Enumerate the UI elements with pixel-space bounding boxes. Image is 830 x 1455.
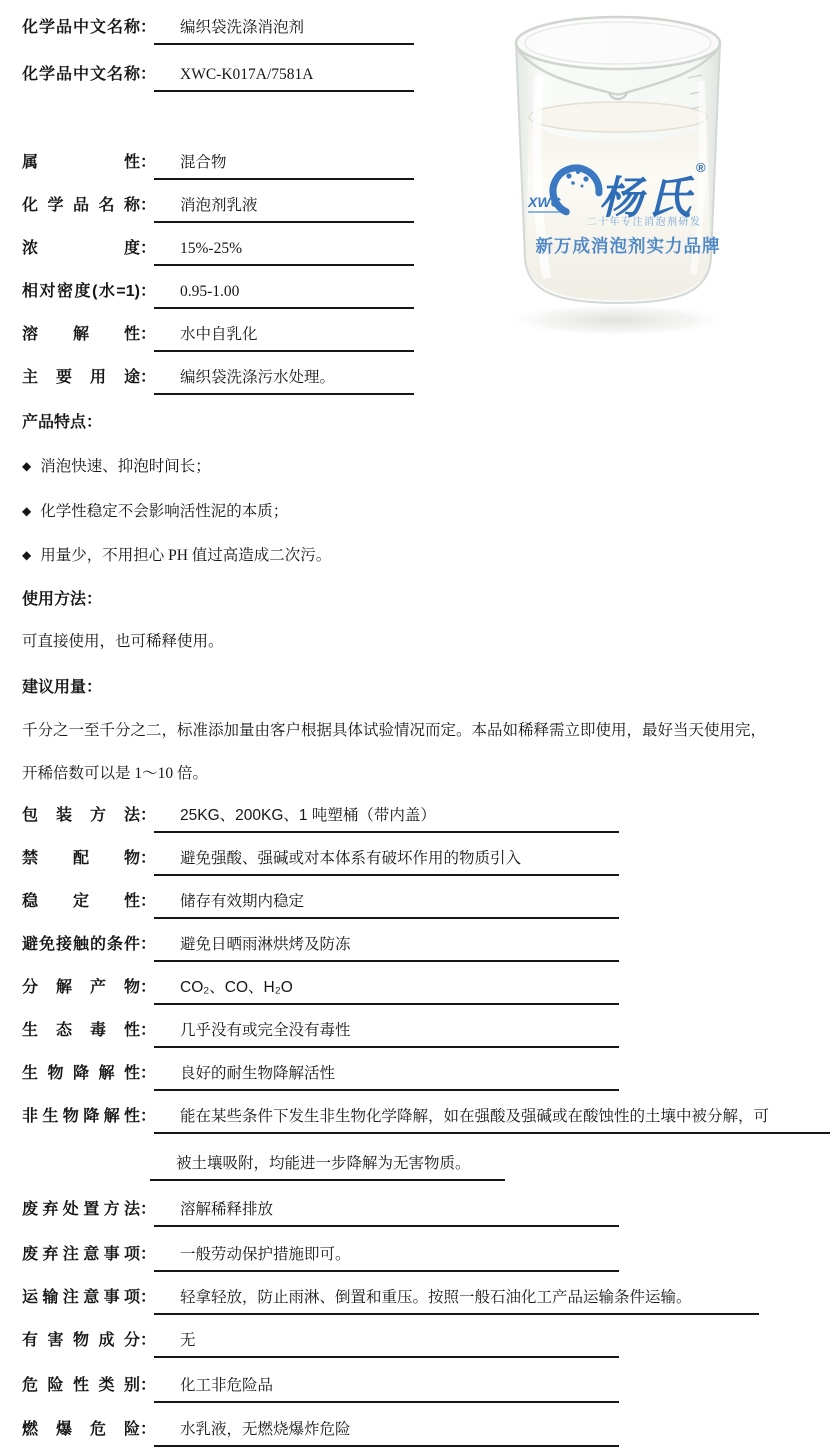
field-value: 轻拿轻放，防止雨淋、倒置和重压。按照一般石油化工产品运输条件运输。 xyxy=(154,1285,759,1315)
field-label: 包装方法 xyxy=(22,802,140,825)
field-label: 有害物成分 xyxy=(22,1327,140,1350)
field-label: 属性 xyxy=(22,149,140,172)
field-colon: ： xyxy=(140,1327,154,1350)
field-colon: ： xyxy=(140,1372,154,1395)
field-row: 化学品名称： 消泡剂乳液 xyxy=(22,192,414,223)
feature-text: 消泡快速、抑泡时间长； xyxy=(40,458,211,475)
field-value: 15%-25% xyxy=(154,240,414,266)
field-value: 避免日晒雨淋烘烤及防冻 xyxy=(154,932,619,962)
field-value: 25KG、200KG、1 吨塑桶（带内盖） xyxy=(154,803,619,833)
field-colon: ： xyxy=(140,192,154,215)
diamond-bullet-icon: ◆ xyxy=(22,548,31,563)
field-value: 避免强酸、强碱或对本体系有破坏作用的物质引入 xyxy=(154,846,619,876)
field-colon: ： xyxy=(140,61,154,84)
feature-text: 化学性稳定不会影响活性泥的本质； xyxy=(40,503,288,520)
feature-text: 用量少，不用担心 PH 值过高造成二次污。 xyxy=(40,547,331,564)
field-label: 运输注意事项 xyxy=(22,1284,140,1307)
field-value: CO₂、CO、H₂O xyxy=(154,975,619,1005)
field-label: 危险性类别 xyxy=(22,1372,140,1395)
field-colon: ： xyxy=(140,1196,154,1219)
product-beaker-image: XWC 杨氏 ® 二十年专注消泡剂研发 新万成消泡剂实力品牌 xyxy=(495,6,820,346)
brand-logo: XWC 杨氏 ® 二十年专注消泡剂研发 新万成消泡剂实力品牌 xyxy=(527,160,721,256)
field-value: 良好的耐生物降解活性 xyxy=(154,1061,619,1091)
feature-item: ◆用量少，不用担心 PH 值过高造成二次污。 xyxy=(22,543,331,565)
field-value: 溶解稀释排放 xyxy=(154,1197,619,1227)
field-row: 稳定性： 储存有效期内稳定 xyxy=(22,888,619,919)
field-row: 废弃注意事项： 一般劳动保护措施即可。 xyxy=(22,1241,619,1272)
field-row: 包装方法： 25KG、200KG、1 吨塑桶（带内盖） xyxy=(22,802,619,833)
field-row: 相对密度(水=1)： 0.95-1.00 xyxy=(22,278,414,309)
field-label: 化学品名称 xyxy=(22,192,140,215)
beaker-illustration: XWC 杨氏 ® 二十年专注消泡剂研发 新万成消泡剂实力品牌 xyxy=(495,6,820,346)
field-value: 混合物 xyxy=(154,150,414,180)
field-colon: ： xyxy=(140,364,154,387)
field-colon: ： xyxy=(140,1103,154,1126)
field-value: 化工非危险品 xyxy=(154,1373,619,1403)
field-value: 水乳液，无燃烧爆炸危险 xyxy=(154,1417,619,1447)
field-value: 一般劳动保护措施即可。 xyxy=(154,1242,619,1272)
field-value: 储存有效期内稳定 xyxy=(154,889,619,919)
field-value: 能在某些条件下发生非生物化学降解，如在强酸及强碱或在酸蚀性的土壤中被分解，可 xyxy=(154,1104,830,1134)
field-row: 非生物降解性： 能在某些条件下发生非生物化学降解，如在强酸及强碱或在酸蚀性的土壤… xyxy=(22,1103,830,1134)
diamond-bullet-icon: ◆ xyxy=(22,504,31,519)
field-row: 有害物成分： 无 xyxy=(22,1327,619,1358)
field-label: 禁配物 xyxy=(22,845,140,868)
field-label: 相对密度(水=1) xyxy=(22,278,140,301)
liquid-surface xyxy=(529,102,707,132)
field-value: 编织袋洗涤消泡剂 xyxy=(154,15,414,45)
field-label: 稳定性 xyxy=(22,888,140,911)
feature-item: ◆化学性稳定不会影响活性泥的本质； xyxy=(22,499,288,521)
field-row: 生态毒性： 几乎没有或完全没有毒性 xyxy=(22,1017,619,1048)
field-value: XWC-K017A/7581A xyxy=(154,66,414,92)
logo-tagline: 二十年专注消泡剂研发 xyxy=(587,215,702,228)
field-row: 属性： 混合物 xyxy=(22,149,414,180)
field-colon: ： xyxy=(140,845,154,868)
field-value: 无 xyxy=(154,1328,619,1358)
logo-slogan: 新万成消泡剂实力品牌 xyxy=(536,236,721,256)
beaker-rim xyxy=(516,17,720,69)
field-value-continuation: 被土壤吸附，均能进一步降解为无害物质。 xyxy=(150,1151,505,1181)
field-row: 分解产物： CO₂、CO、H₂O xyxy=(22,974,619,1005)
field-row: 危险性类别： 化工非危险品 xyxy=(22,1372,619,1403)
field-colon: ： xyxy=(140,1241,154,1264)
field-label: 分解产物 xyxy=(22,974,140,997)
field-row: 生物降解性： 良好的耐生物降解活性 xyxy=(22,1060,619,1091)
field-colon: ： xyxy=(140,14,154,37)
dosage-line: 千分之一至千分之二，标准添加量由客户根据具体试验情况而定。本品如稀释需立即使用，… xyxy=(22,718,766,740)
field-colon: ： xyxy=(140,974,154,997)
field-value: 编织袋洗涤污水处理。 xyxy=(154,365,414,395)
diamond-bullet-icon: ◆ xyxy=(22,459,31,474)
section-heading-dosage: 建议用量： xyxy=(22,674,102,697)
field-label: 主要用途 xyxy=(22,364,140,387)
field-row: 主要用途： 编织袋洗涤污水处理。 xyxy=(22,364,414,395)
field-colon: ： xyxy=(140,931,154,954)
field-row: 溶解性： 水中自乳化 xyxy=(22,321,414,352)
feature-item: ◆消泡快速、抑泡时间长； xyxy=(22,454,211,476)
field-value: 几乎没有或完全没有毒性 xyxy=(154,1018,619,1048)
field-row: 浓度： 15%-25% xyxy=(22,235,414,266)
field-colon: ： xyxy=(140,1416,154,1439)
field-label: 浓度 xyxy=(22,235,140,258)
field-label: 生物降解性 xyxy=(22,1060,140,1083)
logo-brand-name: 杨氏 xyxy=(599,174,695,223)
field-row: 运输注意事项： 轻拿轻放，防止雨淋、倒置和重压。按照一般石油化工产品运输条件运输… xyxy=(22,1284,759,1315)
logo-registered-mark: ® xyxy=(696,160,706,175)
field-colon: ： xyxy=(140,1017,154,1040)
field-colon: ： xyxy=(140,802,154,825)
field-colon: ： xyxy=(140,278,154,301)
product-datasheet-page: 化学品中文名称： 编织袋洗涤消泡剂 化学品中文名称： XWC-K017A/758… xyxy=(0,0,830,1455)
field-colon: ： xyxy=(140,1284,154,1307)
field-colon: ： xyxy=(140,149,154,172)
section-heading-features: 产品特点： xyxy=(22,409,102,432)
field-label: 废弃处置方法 xyxy=(22,1196,140,1219)
section-heading-usage: 使用方法： xyxy=(22,586,102,609)
field-value: 消泡剂乳液 xyxy=(154,193,414,223)
field-row: 废弃处置方法： 溶解稀释排放 xyxy=(22,1196,619,1227)
field-value: 0.95-1.00 xyxy=(154,283,414,309)
field-row-continuation: 被土壤吸附，均能进一步降解为无害物质。 xyxy=(150,1151,505,1181)
field-row: 禁配物： 避免强酸、强碱或对本体系有破坏作用的物质引入 xyxy=(22,845,619,876)
field-label: 避免接触的条件 xyxy=(22,931,140,954)
field-label: 非生物降解性 xyxy=(22,1103,140,1126)
field-value: 水中自乳化 xyxy=(154,322,414,352)
field-row: 化学品中文名称： XWC-K017A/7581A xyxy=(22,61,414,92)
field-row: 化学品中文名称： 编织袋洗涤消泡剂 xyxy=(22,14,414,45)
field-colon: ： xyxy=(140,321,154,344)
field-colon: ： xyxy=(140,888,154,911)
field-row: 避免接触的条件： 避免日晒雨淋烘烤及防冻 xyxy=(22,931,619,962)
field-label: 生态毒性 xyxy=(22,1017,140,1040)
field-label: 溶解性 xyxy=(22,321,140,344)
field-label: 化学品中文名称 xyxy=(22,14,140,37)
field-row: 燃爆危险： 水乳液，无燃烧爆炸危险 xyxy=(22,1416,619,1447)
field-colon: ： xyxy=(140,1060,154,1083)
field-label: 化学品中文名称 xyxy=(22,61,140,84)
field-label: 废弃注意事项 xyxy=(22,1241,140,1264)
field-label: 燃爆危险 xyxy=(22,1416,140,1439)
dosage-line: 开稀倍数可以是 1～10 倍。 xyxy=(22,761,208,783)
usage-body: 可直接使用，也可稀释使用。 xyxy=(22,629,224,651)
field-colon: ： xyxy=(140,235,154,258)
beaker-shadow xyxy=(502,303,732,337)
